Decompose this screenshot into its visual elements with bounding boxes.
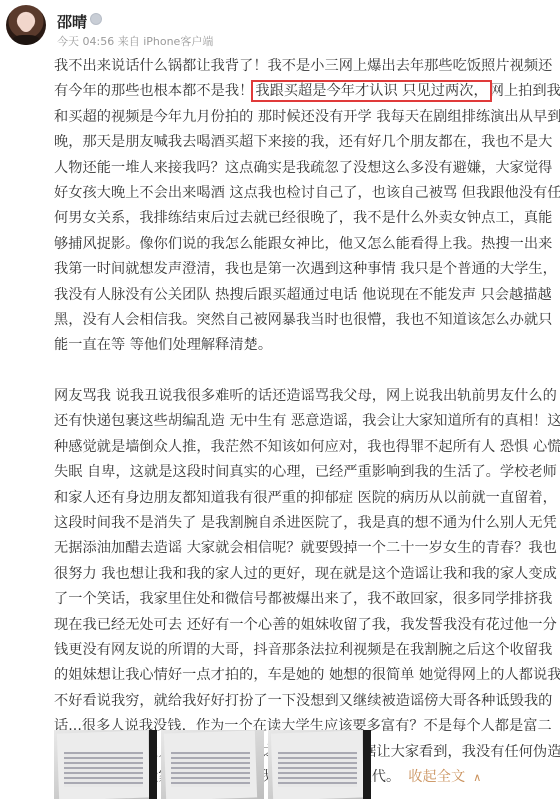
text-line: 网友骂我 说我丑说我很多难听的话还造谣骂我父母，网上说我出轨前男友什么的 <box>54 384 554 409</box>
text-line: 人物还能一堆人来接我吗？这点确实是我疏忽了没想这么多没有避嫌，大家觉得 <box>54 156 554 181</box>
text-line: 现在我已经无处可去 还好有一个心善的姐妹收留了我，我发誓我没有花过他一分 <box>54 613 554 638</box>
text-segment: 有今年的那些也根本都不是我！ <box>54 83 253 99</box>
text-line: 够捕风捉影。像你们说的我怎么能跟女神比，他又怎么能看得上我。热搜一出来 <box>54 232 554 257</box>
image-edge <box>363 730 371 799</box>
text-line: 好女孩大晚上不会出来喝酒 这点我也检讨自己了，也该自己被骂 但我跟他没有任 <box>54 181 554 206</box>
text-line: 我第一时间就想发声澄清，我也是第一次遇到这种事情 我只是个普通的大学生， <box>54 257 554 282</box>
collapse-full-text-link[interactable]: 收起全文 <box>408 769 465 785</box>
text-line: 种感觉就是墙倒众人推，我茫然不知该如何应对，我也得罪不起所有人 恐惧 心慌 <box>54 435 554 460</box>
avatar-body <box>12 35 40 45</box>
image-gallery <box>54 730 371 799</box>
paragraph-1: 我不出来说话什么锅都让我背了！我不是小三网上爆出去年那些吃饭照片视频还 有今年的… <box>54 54 554 359</box>
author-name[interactable]: 邵晴 <box>57 11 87 32</box>
chevron-up-icon[interactable]: ∧ <box>473 771 481 784</box>
post-meta: 今天 04:56 来自 iPhone客户端 <box>57 33 213 49</box>
document-text-lines <box>278 752 357 787</box>
text-line: 失眠 自卑，这就是这段时间真实的心理，已经严重影响到我的生活了。学校老师 <box>54 460 554 485</box>
text-line: 了一个笑话，我家里住处和微信号都被爆出来了，我不敢回家，很多同学排挤我 <box>54 587 554 612</box>
image-thumbnail-2[interactable] <box>161 730 264 799</box>
image-edge <box>149 730 157 799</box>
avatar[interactable] <box>6 5 46 45</box>
post-body: 我不出来说话什么锅都让我背了！我不是小三网上爆出去年那些吃饭照片视频还 有今年的… <box>54 54 554 790</box>
text-line: 和家人还有身边朋友都知道我有很严重的抑郁症 医院的病历从以前就一直留着， <box>54 486 554 511</box>
image-thumbnail-1[interactable] <box>54 730 157 799</box>
document-text-lines <box>64 752 143 787</box>
image-thumbnail-3[interactable] <box>268 730 371 799</box>
text-line: 黑，没有人会相信我。突然自己被网暴我当时也很懵，我也不知道该怎么办就只 <box>54 308 554 333</box>
text-line: 我不出来说话什么锅都让我背了！我不是小三网上爆出去年那些吃饭照片视频还 <box>54 54 554 79</box>
text-line: 这段时间我不是消失了 是我割腕自杀进医院了，我是真的想不通为什么别人无凭 <box>54 511 554 536</box>
text-line: 很努力 我也想让我和我的家人过的更好，现在就是这个造谣让我和我的家人变成 <box>54 562 554 587</box>
avatar-face <box>19 15 33 32</box>
text-line: 还有快递包裹这些胡编乱造 无中生有 恶意造谣，我会让大家知道所有的真相！这 <box>54 409 554 434</box>
highlighted-text: 我跟买超是今年才认识 只见过两次， <box>253 82 489 100</box>
text-line: 能一直在等 等他们处理解释清楚。 <box>54 333 554 358</box>
text-line: 有今年的那些也根本都不是我！我跟买超是今年才认识 只见过两次，网上拍到我 <box>54 79 554 104</box>
text-line: 晚，那天是朋友喊我去喝酒买超下来接的我，还有好几个朋友都在，我也不是大 <box>54 130 554 155</box>
text-line: 钱更没有网友说的所谓的大哥，抖音那条法拉利视频是在我割腕之后这个收留我 <box>54 638 554 663</box>
text-line: 和买超的视频是今年九月份拍的 那时候还没有开学 我每天在剧组排练演出从早到 <box>54 105 554 130</box>
text-line: 无据添油加醋去造谣 大家就会相信呢？就要毁掉一个二十一岁女生的青春？我也 <box>54 536 554 561</box>
text-segment: 网上拍到我 <box>490 83 560 99</box>
text-line: 何男女关系，我排练结束后过去就已经很晚了，我不是什么外卖女钟点工，真能 <box>54 206 554 231</box>
document-text-lines <box>171 752 250 787</box>
text-line: 的姐妹想让我心情好一点才拍的，车是她的 她想的很简单 她觉得网上的人都说我 <box>54 663 554 688</box>
text-line: 不好看说我穷，就给我好好打扮了一下没想到又继续被造谣傍大哥各种诋毁我的 <box>54 689 554 714</box>
text-line: 我没有人脉没有公关团队 热搜后跟买超通过电话 他说现在不能发声 只会越描越 <box>54 283 554 308</box>
paragraph-gap <box>54 359 554 384</box>
crown-badge-icon <box>90 13 102 25</box>
